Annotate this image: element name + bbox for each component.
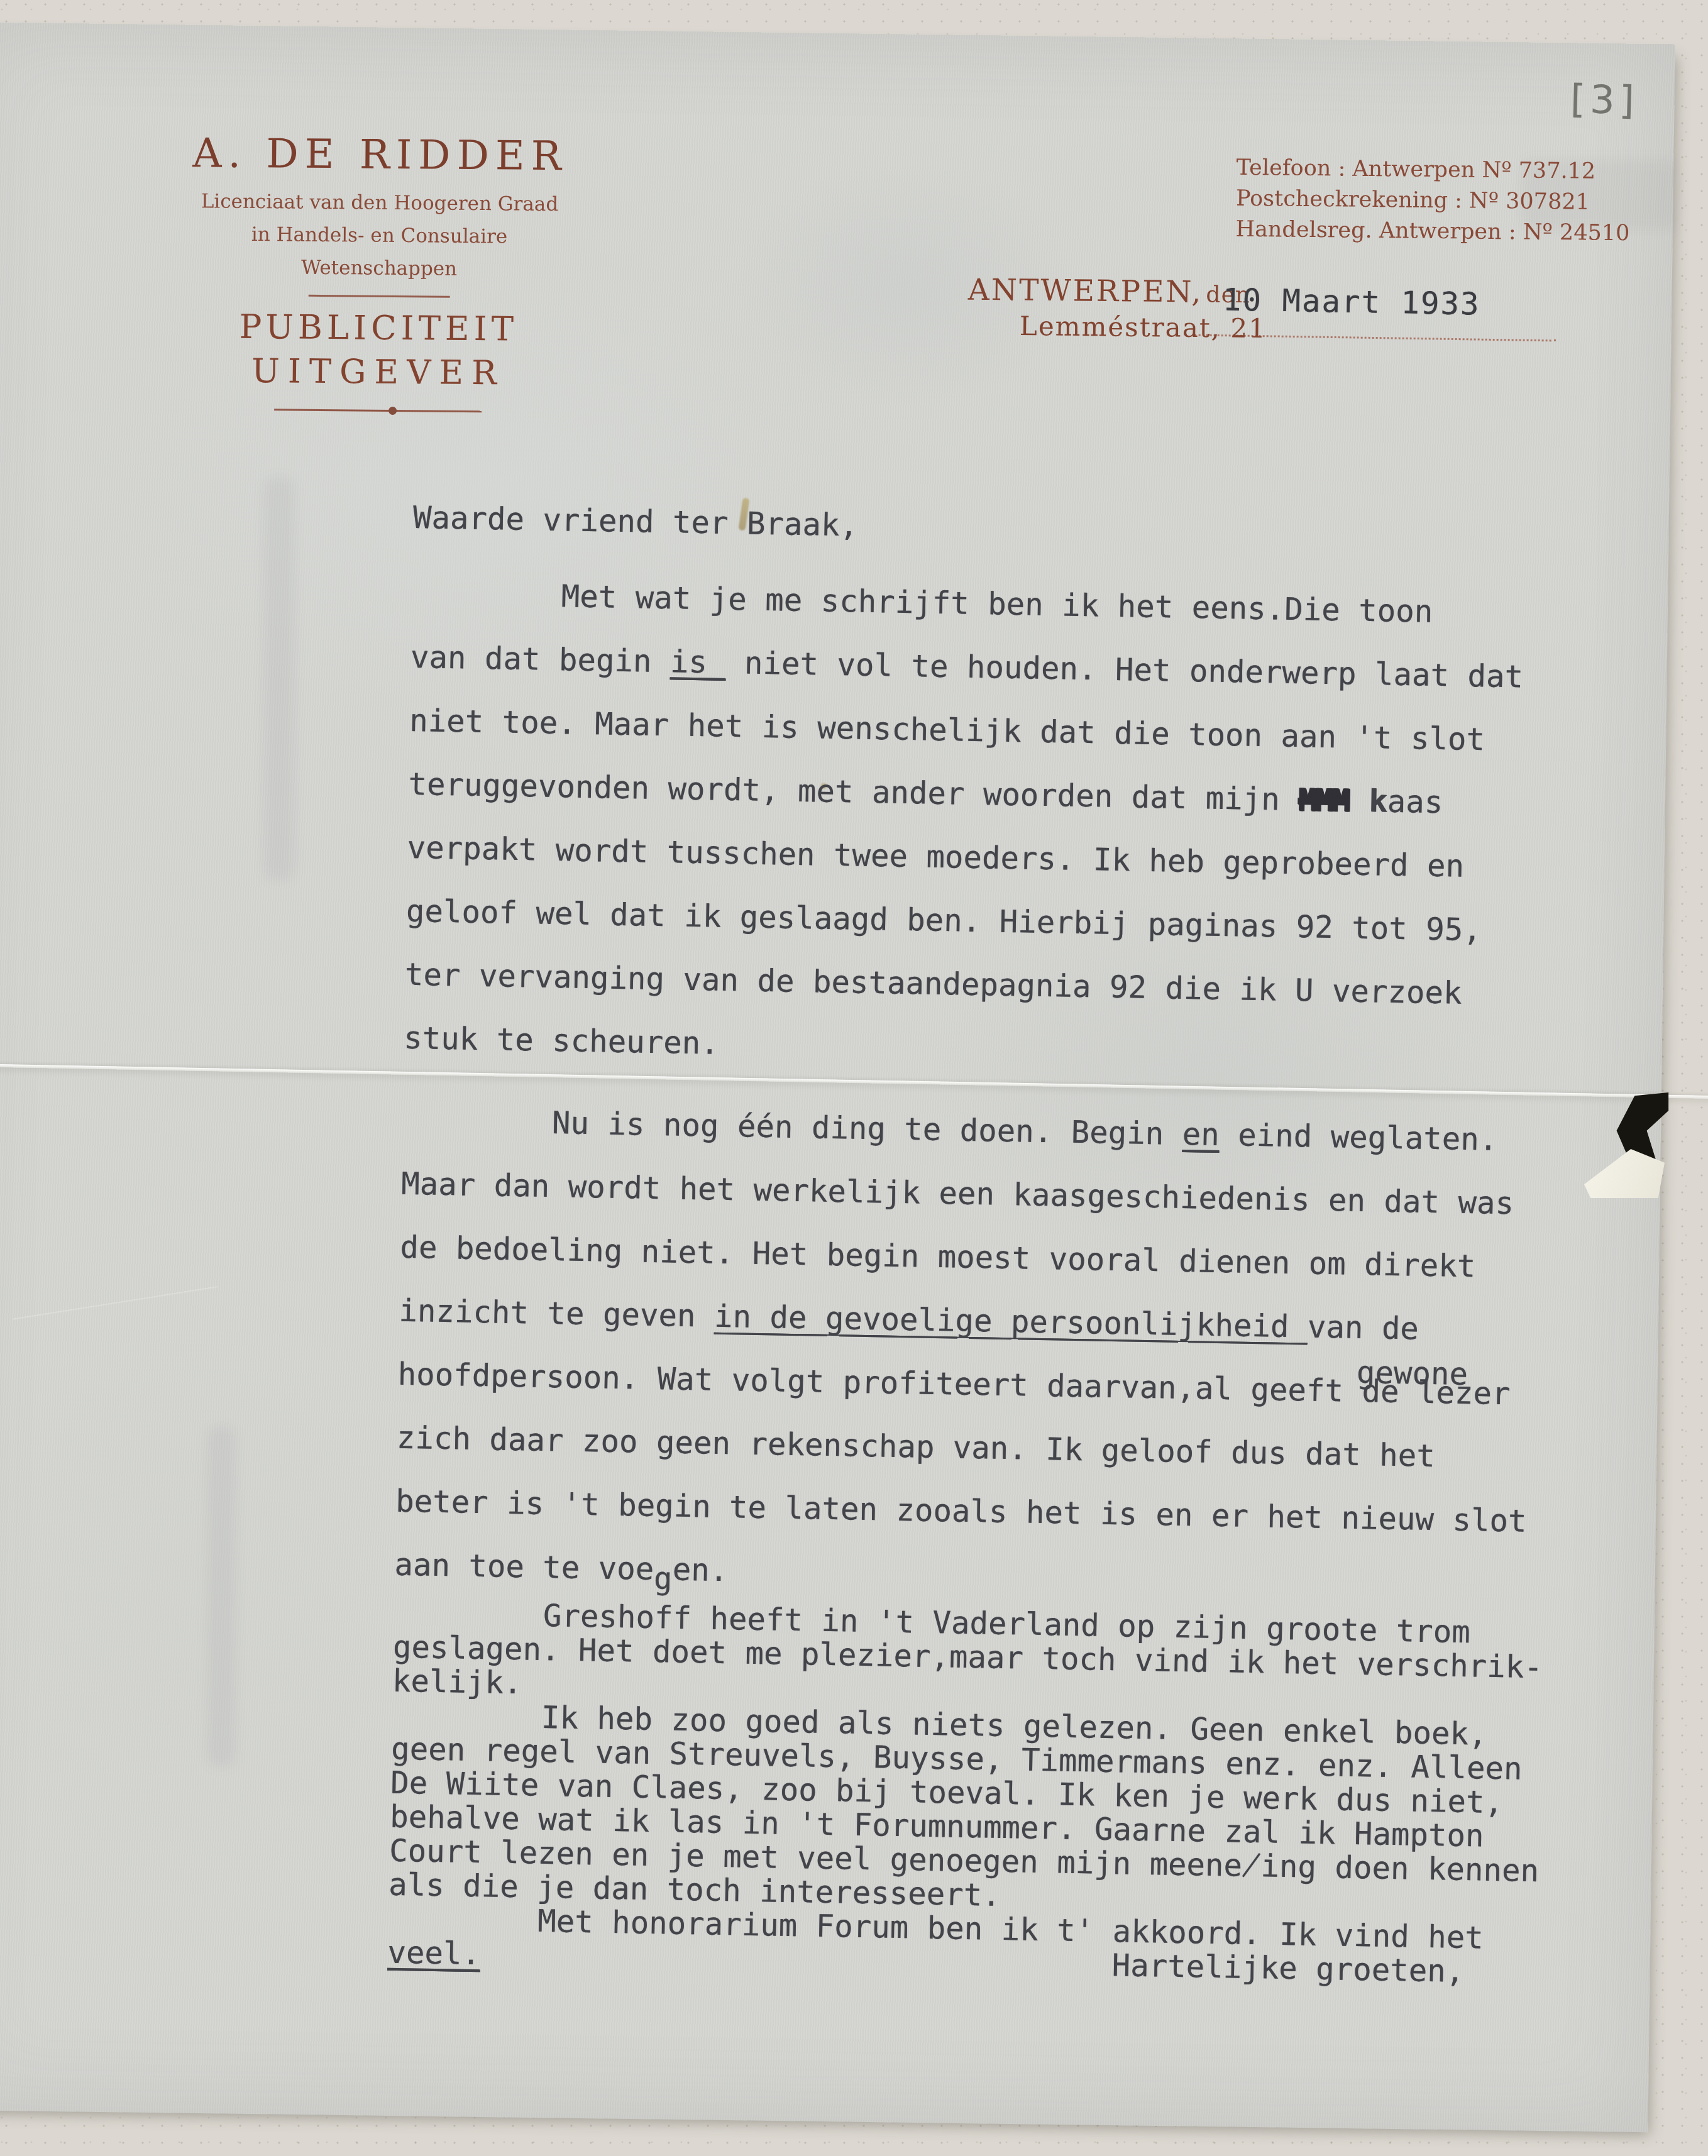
contact-line-handelsreg: Handelsreg. Antwerpen : Nº 24510	[1235, 214, 1629, 250]
letter-text: Nu is nog één ding te doen. Begin	[551, 1105, 1182, 1152]
letterhead-rule	[308, 295, 449, 298]
letter-text: veel.	[387, 1935, 481, 1972]
letter-text: Hartelijke groeten,	[1111, 1947, 1464, 1989]
letter-text: Waarde vriend ter Braak,	[413, 500, 859, 544]
ink-bleedthrough-smudge	[207, 1427, 235, 1766]
city-label: ANTWERPEN,	[968, 273, 1203, 310]
letter-paragraph: Met wat je me schrijft ben ik het eens.D…	[403, 562, 1594, 1091]
letter-text: en	[1182, 1116, 1220, 1153]
letter-text: MMM	[1298, 782, 1351, 818]
letterhead-contact-block: Telefoon : Antwerpen Nº 737.12 Postcheck…	[1235, 153, 1630, 250]
letterhead-role: PUBLICITEIT	[180, 305, 577, 352]
letter-paragraph: Greshoff heeft in 't Vaderland op zijn g…	[387, 1597, 1575, 1991]
letter-text: aan toe te voe	[394, 1547, 654, 1587]
letterhead-role: UITGEVER	[180, 349, 576, 396]
letter-text: k	[1369, 783, 1388, 820]
letter-text: Met wat je me schrijft ben ik het eens.D…	[561, 578, 1433, 630]
qualification-line: in Handels- en Consulaire	[181, 217, 577, 253]
contact-line-postcheck: Postcheckrekening : Nº 307821	[1236, 184, 1630, 219]
letter-text: beter is 't begin te laten zooals het is…	[395, 1483, 1527, 1539]
interline-insert: gewone	[1356, 1341, 1468, 1406]
letter-text: niet vol te houden. Het onderwerp laat d…	[725, 645, 1523, 695]
pencil-page-number: [3]	[1570, 76, 1639, 124]
ornament-dot	[388, 407, 397, 415]
letter-text: zich daar zoo geen rekenschap van. Ik ge…	[397, 1420, 1436, 1474]
letter-text: en.	[672, 1552, 729, 1589]
letter-text: stuk te scheuren.	[404, 1020, 719, 1062]
letter-text	[1350, 783, 1369, 820]
letter-text: in de gevoelige persoonlijkheid	[714, 1299, 1308, 1345]
letter-text: eind weglaten.	[1219, 1117, 1497, 1158]
city-date-line: ANTWERPEN, den	[968, 273, 1251, 311]
qualification-line: Wetenschappen	[181, 250, 577, 286]
contact-line-telefoon: Telefoon : Antwerpen Nº 737.12	[1236, 153, 1630, 188]
letter-text: inzicht te geven	[399, 1293, 714, 1334]
letter-text: is	[670, 644, 727, 681]
letterhead-name: A. DE RIDDER	[182, 131, 578, 179]
letterhead-identity-block: A. DE RIDDER Licenciaat van den Hoogeren…	[180, 131, 578, 413]
letter-text: geloof wel dat ik geslaagd ben. Hierbij …	[405, 893, 1482, 948]
letter-text: hoofdpersoon. Wat volgt profiteert daarv…	[397, 1356, 1511, 1412]
letter-text: teruggevonden wordt, met ander woorden d…	[408, 766, 1299, 818]
letter-text: kelijk.	[392, 1663, 522, 1702]
letter-text: ter vervanging van de bestaandepagnia 92…	[405, 957, 1462, 1011]
ink-bleedthrough-smudge	[264, 478, 294, 880]
letter-body: Waarde vriend ter Braak,Met wat je me sc…	[387, 486, 1595, 1991]
letter-text: aas	[1387, 784, 1443, 821]
letter-text: Maar dan wordt het werkelijk een kaasges…	[401, 1166, 1514, 1222]
letter-text: verpakt wordt tusschen twee moeders. Ik …	[407, 830, 1464, 884]
letter-text: de bedoeling niet. Het begin moest voora…	[400, 1229, 1476, 1284]
scanned-letter-page: [3] A. DE RIDDER Licenciaat van den Hoog…	[0, 0, 1708, 2156]
letter-paragraph: Nu is nog één ding te doen. Begin en ein…	[394, 1089, 1585, 1617]
letter-text: van dat begin	[410, 639, 671, 679]
street-address: Lemméstraat, 21	[1020, 311, 1267, 344]
qualification-line: Licenciaat van den Hoogeren Graad	[182, 185, 578, 221]
letter-text: niet toe. Maar het is wenschelijk dat di…	[409, 703, 1485, 757]
letterhead-qualifications: Licenciaat van den Hoogeren Graad in Han…	[181, 185, 578, 286]
